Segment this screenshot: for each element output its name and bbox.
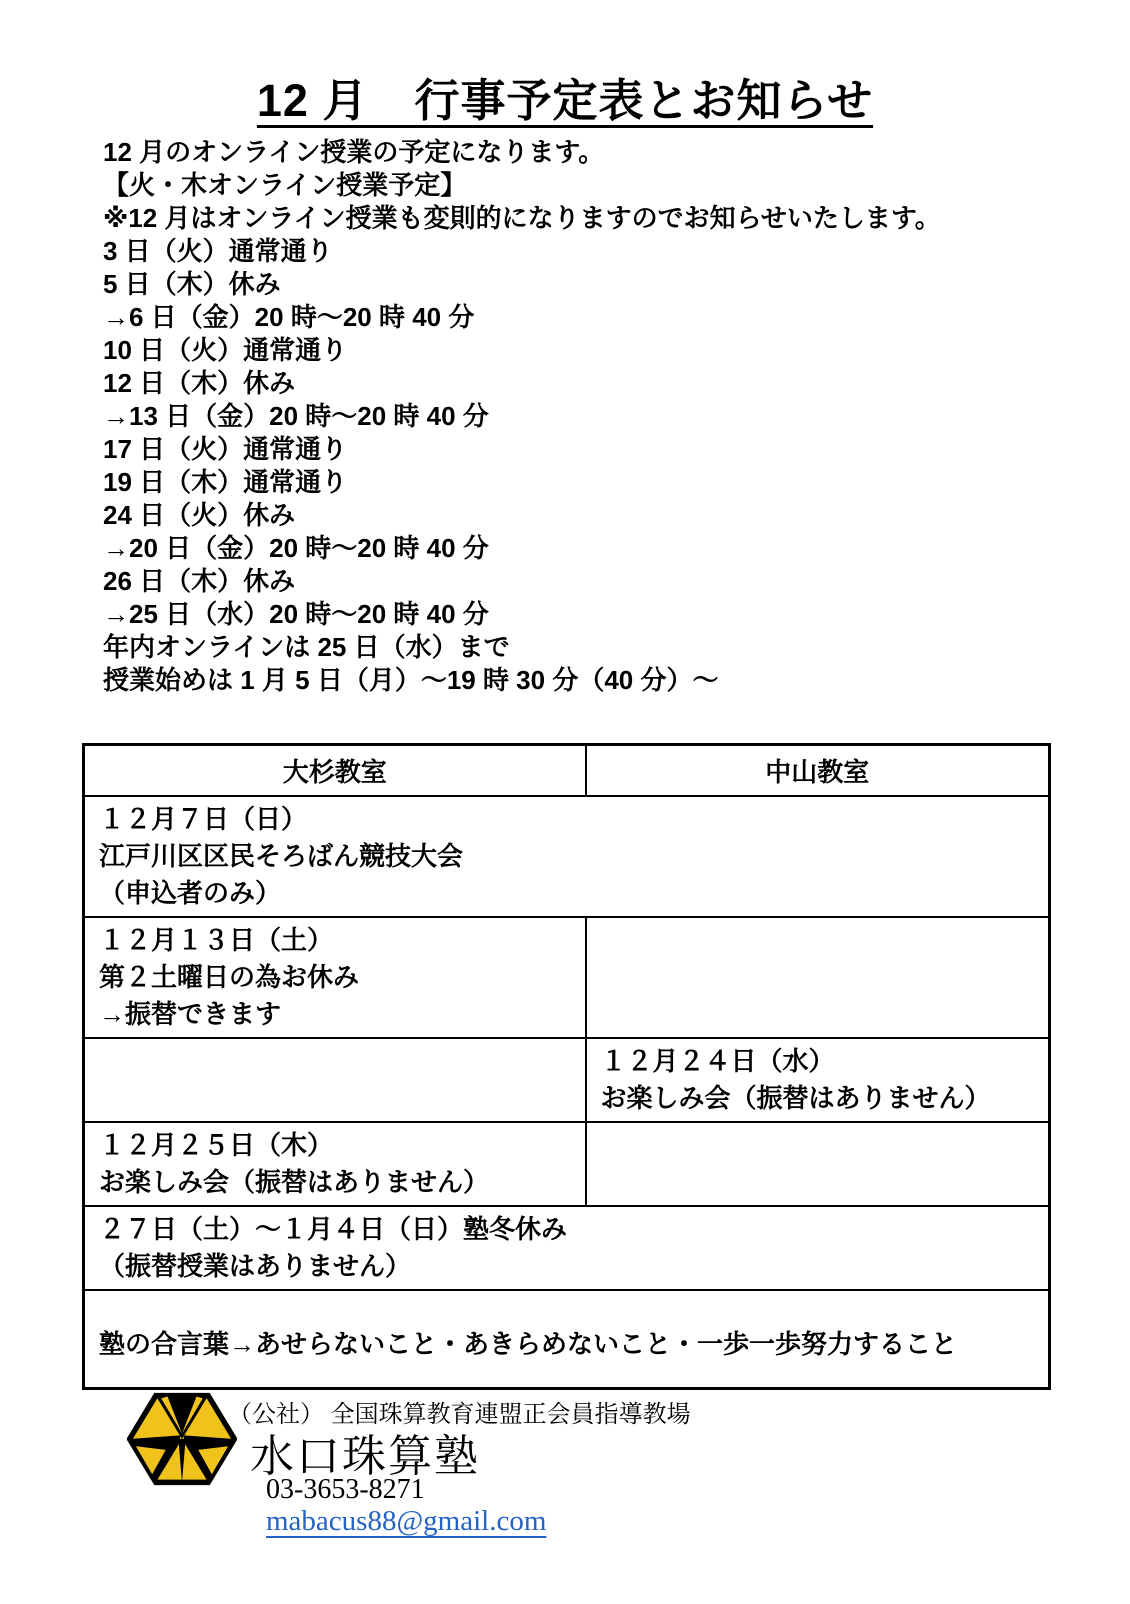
cell-line: １２月２４日（水） bbox=[601, 1043, 1043, 1080]
cell-line: １２月７日（日） bbox=[99, 801, 1042, 838]
online-schedule-notice: 12 月のオンライン授業の予定になります。 【火・木オンライン授業予定】 ※12… bbox=[103, 136, 1103, 697]
phone-number: 03-3653-8271 bbox=[266, 1474, 425, 1506]
notice-line: 【火・木オンライン授業予定】 bbox=[103, 169, 1103, 202]
cell-line: お楽しみ会（振替はありません） bbox=[601, 1080, 1043, 1117]
table-row: ２７日（土）～１月４日（日）塾冬休み （振替授業はありません） bbox=[84, 1206, 1050, 1290]
notice-line: 26 日（木）休み bbox=[103, 565, 1103, 598]
table-cell-empty bbox=[586, 1122, 1050, 1206]
table-row: 塾の合言葉→あせらないこと・あきらめないこと・一歩一歩努力すること bbox=[84, 1290, 1050, 1388]
page-title: 12 月 行事予定表とお知らせ bbox=[0, 64, 1130, 129]
motto-text: 塾の合言葉→あせらないこと・あきらめないこと・一歩一歩努力すること bbox=[99, 1326, 1042, 1363]
cell-line: １２月１３日（土） bbox=[99, 922, 579, 959]
hexagon-soroban-league-logo-icon bbox=[127, 1392, 237, 1486]
table-cell-dec13: １２月１３日（土） 第２土曜日の為お休み →振替できます bbox=[84, 917, 586, 1038]
table-row: １２月２４日（水） お楽しみ会（振替はありません） bbox=[84, 1038, 1050, 1122]
notice-line: 19 日（木）通常通り bbox=[103, 466, 1103, 499]
notice-line: 12 月のオンライン授業の予定になります。 bbox=[103, 136, 1103, 169]
table-row: １２月１３日（土） 第２土曜日の為お休み →振替できます bbox=[84, 917, 1050, 1038]
table-row: １２月７日（日） 江戸川区区民そろばん競技大会 （申込者のみ） bbox=[84, 796, 1050, 917]
notice-line: →20 日（金）20 時～20 時 40 分 bbox=[103, 532, 1103, 565]
table-cell-motto: 塾の合言葉→あせらないこと・あきらめないこと・一歩一歩努力すること bbox=[84, 1290, 1050, 1388]
notice-line: →13 日（金）20 時～20 時 40 分 bbox=[103, 400, 1103, 433]
cell-line: ２７日（土）～１月４日（日）塾冬休み bbox=[99, 1211, 1042, 1248]
notice-line: →6 日（金）20 時～20 時 40 分 bbox=[103, 301, 1103, 334]
cell-line: （振替授業はありません） bbox=[99, 1248, 1042, 1285]
table-cell-dec25: １２月２５日（木） お楽しみ会（振替はありません） bbox=[84, 1122, 586, 1206]
table-header-nakayama: 中山教室 bbox=[586, 745, 1050, 797]
cell-line: お楽しみ会（振替はありません） bbox=[99, 1164, 579, 1201]
table-cell-empty bbox=[586, 917, 1050, 1038]
email-link[interactable]: mabacus88@gmail.com bbox=[266, 1505, 546, 1538]
notice-line: 10 日（火）通常通り bbox=[103, 334, 1103, 367]
notice-line: 17 日（火）通常通り bbox=[103, 433, 1103, 466]
notice-line: 授業始めは 1 月 5 日（月）～19 時 30 分（40 分）～ bbox=[103, 664, 1103, 697]
schedule-table: 大杉教室 中山教室 １２月７日（日） 江戸川区区民そろばん競技大会 （申込者のみ… bbox=[82, 743, 1051, 1390]
table-cell-winter-break: ２７日（土）～１月４日（日）塾冬休み （振替授業はありません） bbox=[84, 1206, 1050, 1290]
notice-line: 24 日（火）休み bbox=[103, 499, 1103, 532]
notice-line: 12 日（木）休み bbox=[103, 367, 1103, 400]
cell-line: 第２土曜日の為お休み bbox=[99, 959, 579, 996]
notice-line: 5 日（木）休み bbox=[103, 268, 1103, 301]
table-header-osugi: 大杉教室 bbox=[84, 745, 586, 797]
notice-line: →25 日（水）20 時～20 時 40 分 bbox=[103, 598, 1103, 631]
cell-line: １２月２５日（木） bbox=[99, 1127, 579, 1164]
notice-line: ※12 月はオンライン授業も変則的になりますのでお知らせいたします。 bbox=[103, 202, 1103, 235]
table-cell-dec7: １２月７日（日） 江戸川区区民そろばん競技大会 （申込者のみ） bbox=[84, 796, 1050, 917]
notice-line: 3 日（火）通常通り bbox=[103, 235, 1103, 268]
table-cell-empty bbox=[84, 1038, 586, 1122]
notice-line: 年内オンラインは 25 日（水）まで bbox=[103, 631, 1103, 664]
table-row: １２月２５日（木） お楽しみ会（振替はありません） bbox=[84, 1122, 1050, 1206]
table-cell-dec24: １２月２４日（水） お楽しみ会（振替はありません） bbox=[586, 1038, 1050, 1122]
cell-line: 江戸川区区民そろばん競技大会 bbox=[99, 838, 1042, 875]
cell-line: （申込者のみ） bbox=[99, 875, 1042, 912]
cell-line: →振替できます bbox=[99, 996, 579, 1033]
table-header-row: 大杉教室 中山教室 bbox=[84, 745, 1050, 797]
